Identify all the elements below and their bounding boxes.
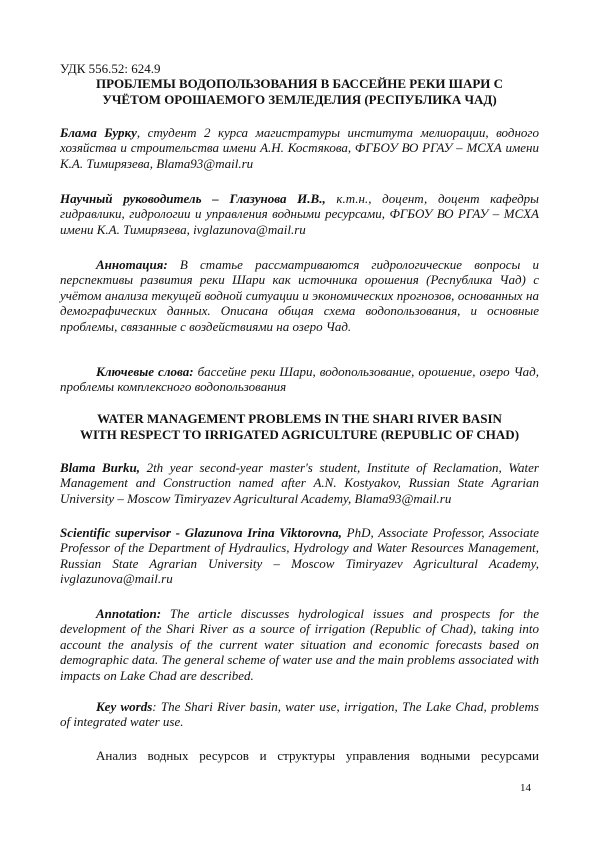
- annotation-ru-label: Аннотация:: [96, 257, 168, 272]
- udk-code: УДК 556.52: 624.9: [60, 61, 539, 76]
- annotation-ru: Аннотация: В статье рассматриваются гидр…: [60, 257, 539, 334]
- author-en: Blama Burku, 2th year second-year master…: [60, 460, 539, 506]
- title-en-line2: WITH RESPECT TO IRRIGATED AGRICULTURE (R…: [60, 427, 539, 443]
- author-ru-name: Блама Бурку: [60, 125, 137, 140]
- title-ru: ПРОБЛЕМЫ ВОДОПОЛЬЗОВАНИЯ В БАССЕЙНЕ РЕКИ…: [60, 76, 539, 107]
- title-en-line1: WATER MANAGEMENT PROBLEMS IN THE SHARI R…: [60, 411, 539, 427]
- keywords-en: Key words: The Shari River basin, water …: [60, 699, 539, 730]
- author-ru: Блама Бурку, студент 2 курса магистратур…: [60, 125, 539, 171]
- keywords-en-label: Key words: [96, 699, 152, 714]
- body-paragraph-start: Анализ водных ресурсов и структуры управ…: [60, 748, 539, 763]
- author-en-name: Blama Burku,: [60, 460, 140, 475]
- keywords-ru: Ключевые слова: бассейне реки Шари, водо…: [60, 364, 539, 395]
- page-number: 14: [520, 782, 531, 794]
- title-ru-line1: ПРОБЛЕМЫ ВОДОПОЛЬЗОВАНИЯ В БАССЕЙНЕ РЕКИ…: [60, 76, 539, 92]
- supervisor-en: Scientific supervisor - Glazunova Irina …: [60, 525, 539, 587]
- supervisor-en-name: Scientific supervisor - Glazunova Irina …: [60, 525, 342, 540]
- annotation-en: Annotation: The article discusses hydrol…: [60, 606, 539, 683]
- annotation-en-label: Annotation:: [96, 606, 161, 621]
- keywords-ru-label: Ключевые слова:: [96, 364, 194, 379]
- title-ru-line2: УЧЁТОМ ОРОШАЕМОГО ЗЕМЛЕДЕЛИЯ (РЕСПУБЛИКА…: [60, 92, 539, 108]
- supervisor-ru: Научный руководитель – Глазунова И.В., к…: [60, 191, 539, 237]
- title-en: WATER MANAGEMENT PROBLEMS IN THE SHARI R…: [60, 411, 539, 442]
- supervisor-ru-name: Научный руководитель – Глазунова И.В.,: [60, 191, 326, 206]
